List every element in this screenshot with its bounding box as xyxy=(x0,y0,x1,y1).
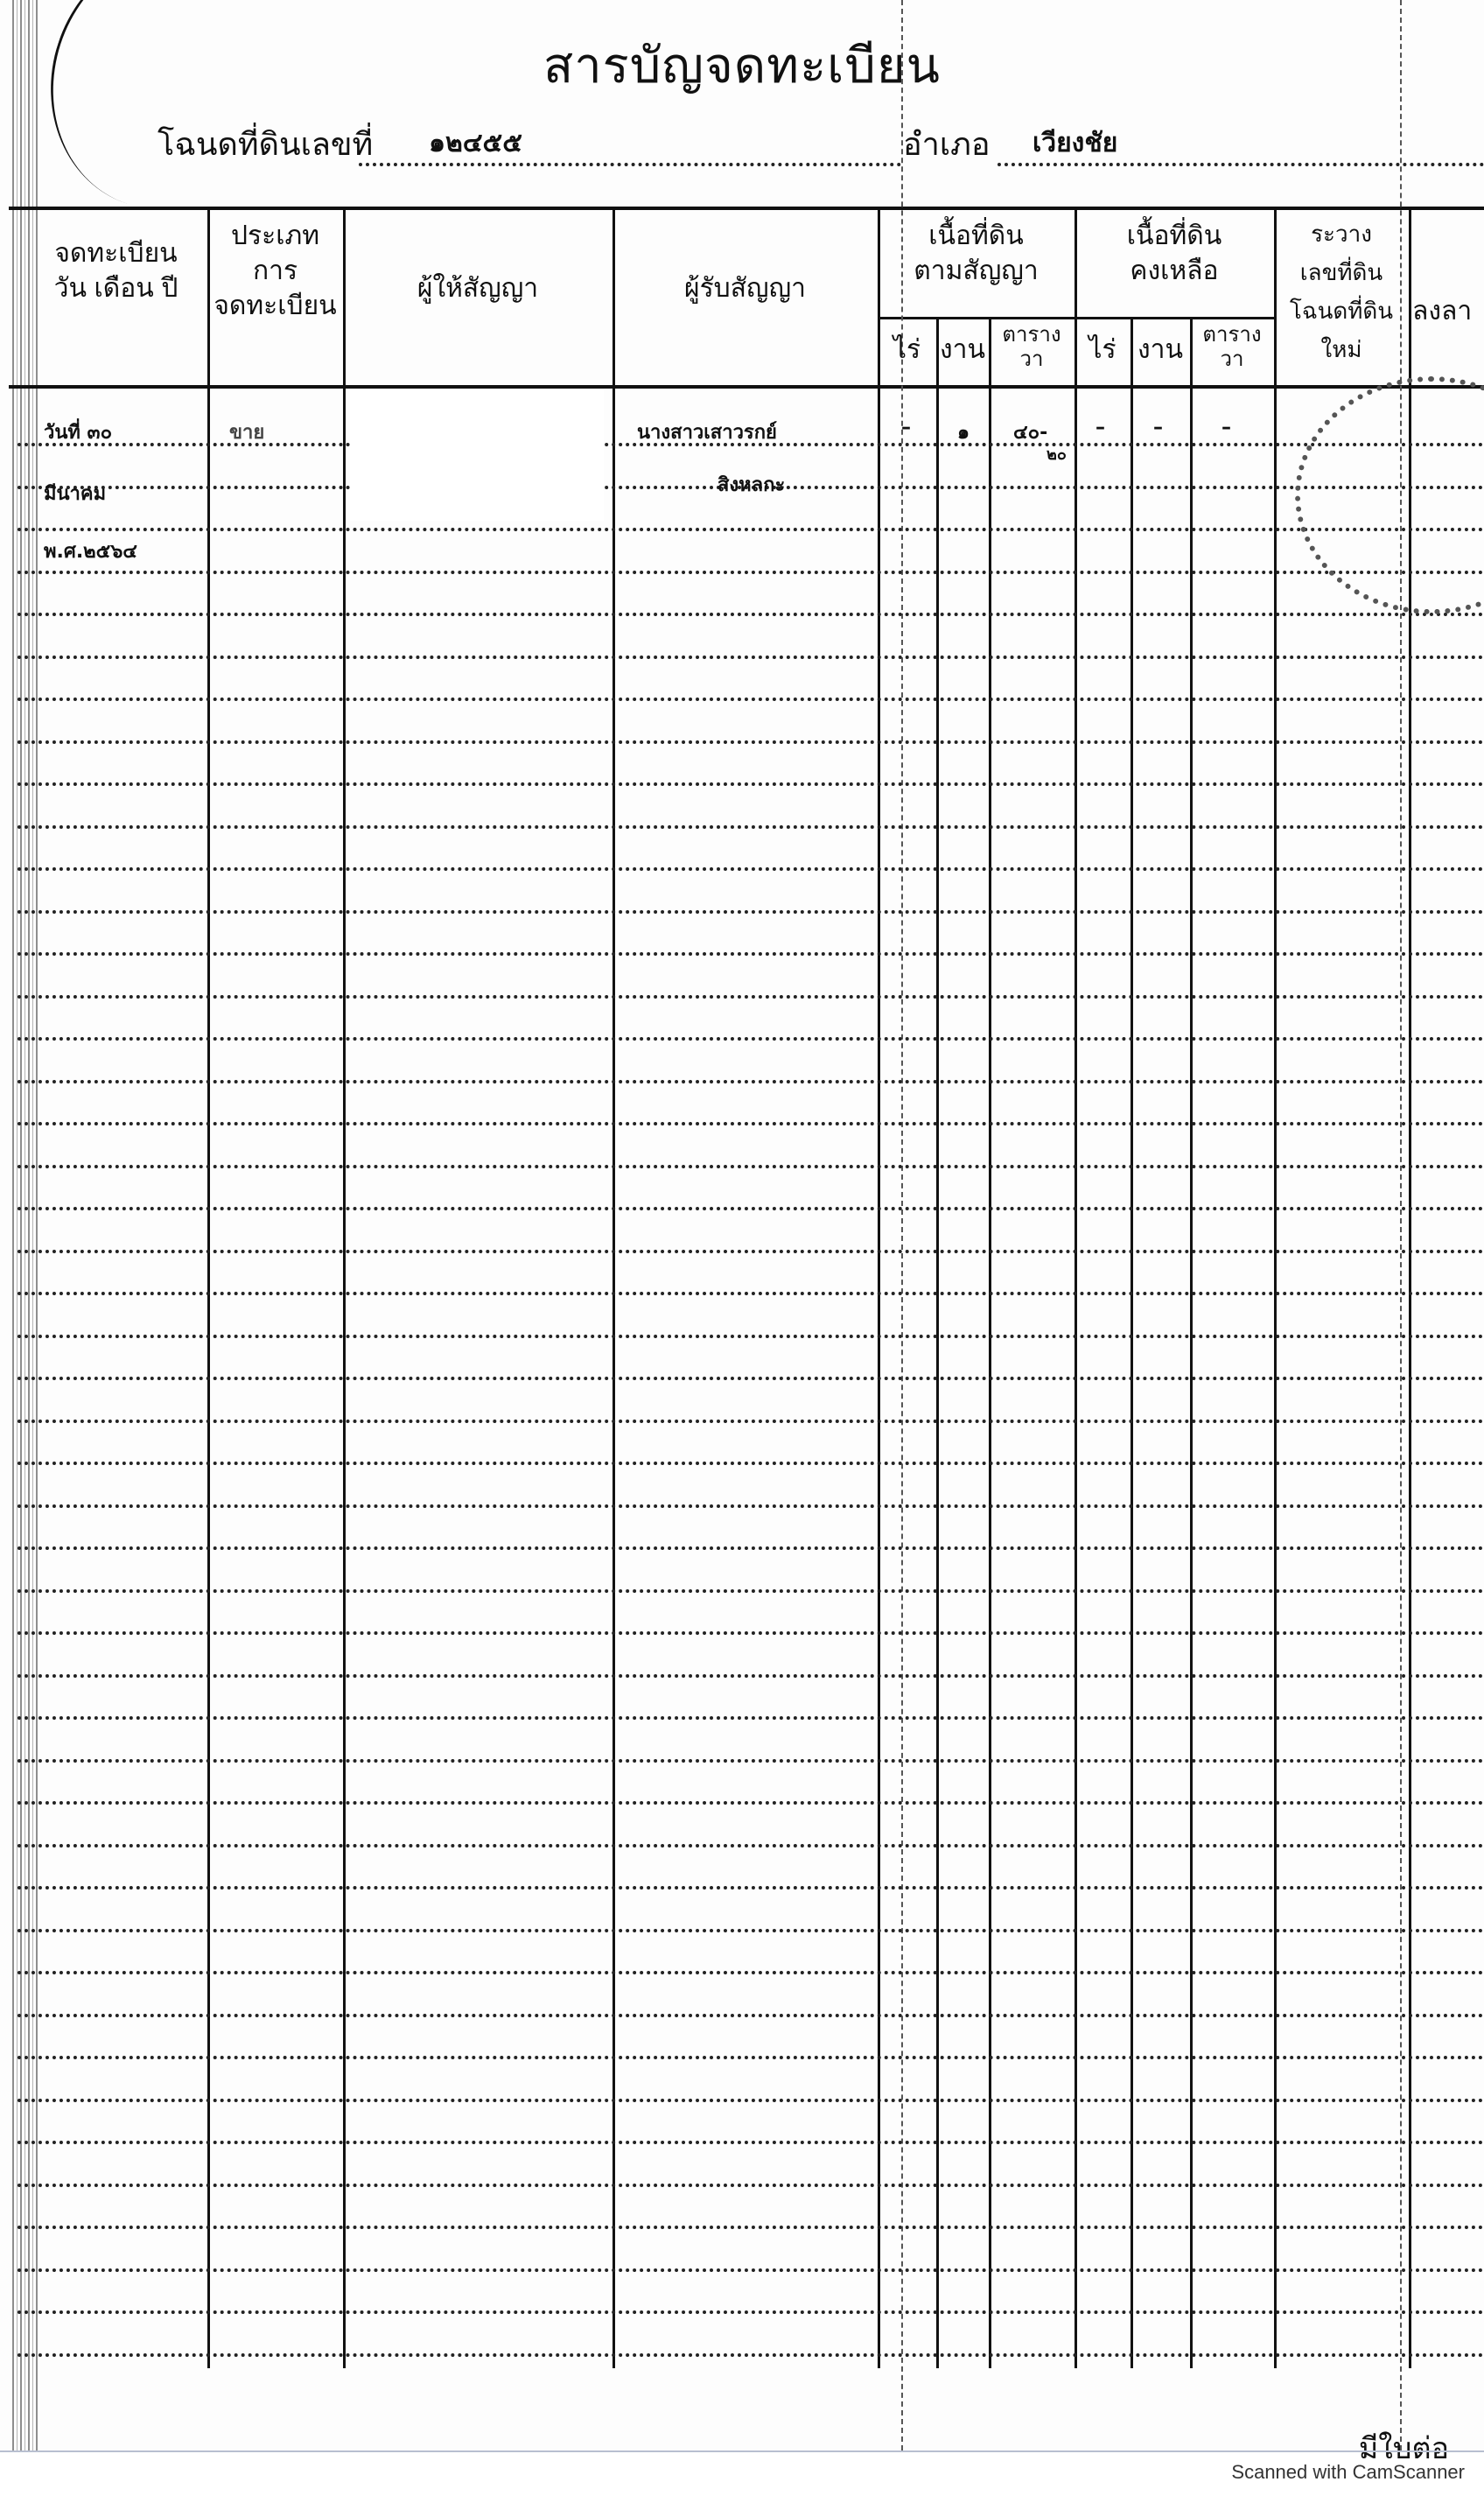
ruled-line xyxy=(17,613,1484,616)
ruled-line xyxy=(17,740,1484,744)
table-top-border xyxy=(9,207,1484,210)
ruled-line xyxy=(17,1335,1484,1338)
entry-date-day: วันที่ ๓๐ xyxy=(44,417,112,447)
ruled-line xyxy=(17,2141,1484,2144)
ruled-line xyxy=(17,1759,1484,1763)
document-title: สารบัญจดทะเบียน xyxy=(0,26,1484,104)
ruled-line xyxy=(17,1674,1484,1678)
entry-contract-ngan: ๑ xyxy=(957,417,969,447)
ruled-line xyxy=(17,1929,1484,1932)
ruled-line xyxy=(17,1250,1484,1253)
ruled-line xyxy=(17,528,1484,531)
ruled-line xyxy=(17,1971,1484,1974)
entry-remaining-ngan: – xyxy=(1153,417,1163,438)
ruled-line xyxy=(17,1462,1484,1465)
header-sq-wa: ตาราง วา xyxy=(1190,322,1274,371)
col-border xyxy=(1130,317,1133,2368)
header-bottom-border xyxy=(9,385,1484,389)
fold-line xyxy=(901,0,903,2450)
ruled-line xyxy=(17,1886,1484,1890)
header-sq-wa: ตาราง วา xyxy=(989,322,1074,371)
col-border xyxy=(989,317,991,2368)
page-edge xyxy=(0,2450,1484,2452)
header-grantee: ผู้รับสัญญา xyxy=(612,271,878,306)
deed-label: โฉนดที่ดินเลขที่ xyxy=(157,119,373,169)
ruled-line xyxy=(17,1801,1484,1805)
ruled-line xyxy=(17,1292,1484,1295)
official-stamp xyxy=(1295,376,1484,614)
ruled-line xyxy=(17,698,1484,701)
ruled-line xyxy=(17,2310,1484,2314)
entry-remaining-rai: – xyxy=(1095,417,1105,438)
ruled-line xyxy=(17,1420,1484,1423)
binding-edge xyxy=(12,0,40,2450)
ruled-line xyxy=(17,1504,1484,1508)
header-grantor: ผู้ให้สัญญา xyxy=(343,271,612,306)
header-ngan: งาน xyxy=(1130,333,1190,368)
ruled-line xyxy=(17,1716,1484,1720)
entry-date-month: มีนาคม xyxy=(44,478,106,508)
entry-type: ขาย xyxy=(229,417,264,447)
ruled-line xyxy=(17,1589,1484,1593)
ruled-line xyxy=(17,656,1484,659)
entry-grantee-line1: นางสาวเสาวรกย์ xyxy=(637,417,777,447)
header-rai: ไร่ xyxy=(878,333,936,368)
ruled-line xyxy=(17,2099,1484,2102)
ruled-line xyxy=(17,2184,1484,2187)
ruled-line xyxy=(17,2056,1484,2059)
entry-grantee-line2: สิงหลกะ xyxy=(717,469,785,500)
ruled-line xyxy=(17,910,1484,914)
ruled-line xyxy=(17,1207,1484,1210)
entry-contract-wa-annotation: ๒๐ xyxy=(1046,441,1067,466)
col-border xyxy=(1190,317,1193,2368)
header-signature: ลงลา xyxy=(1412,294,1484,329)
ruled-line xyxy=(17,1165,1484,1168)
header-date: จดทะเบียน วัน เดือน ปี xyxy=(26,236,206,306)
deed-number: ๑๒๔๕๕ xyxy=(429,123,522,164)
district-value: เวียงชัย xyxy=(1032,123,1117,164)
entry-contract-rai: – xyxy=(901,417,911,438)
ruled-line xyxy=(17,2014,1484,2017)
col-border xyxy=(936,317,939,2368)
ruled-line xyxy=(17,571,1484,574)
header-area-remaining: เนื้อที่ดิน คงเหลือ xyxy=(1074,219,1274,289)
ruled-line xyxy=(17,825,1484,829)
ruled-line xyxy=(17,1377,1484,1380)
ruled-line xyxy=(17,782,1484,786)
header-type: ประเภท การ จดทะเบียน xyxy=(207,219,343,324)
ruled-line xyxy=(17,952,1484,956)
entry-remaining-wa: – xyxy=(1221,417,1231,438)
header-rai: ไร่ xyxy=(1074,333,1130,368)
scanner-watermark: Scanned with CamScanner xyxy=(1231,2461,1465,2484)
ruled-line xyxy=(17,1037,1484,1041)
header-new-parcel: ระวาง เลขที่ดิน โฉนดที่ดิน ใหม่ xyxy=(1274,215,1409,369)
ruled-line xyxy=(17,1631,1484,1635)
header-area-contract: เนื้อที่ดิน ตามสัญญา xyxy=(878,219,1074,289)
ruled-line xyxy=(17,1080,1484,1083)
ruled-line xyxy=(17,2353,1484,2357)
redacted-grantor xyxy=(350,389,604,521)
scanned-page: สารบัญจดทะเบียน โฉนดที่ดินเลขที่ ๑๒๔๕๕ อ… xyxy=(0,0,1484,2450)
ruled-line xyxy=(17,995,1484,999)
header-ngan: งาน xyxy=(936,333,989,368)
ruled-line xyxy=(17,1122,1484,1125)
entry-date-year: พ.ศ.๒๕๖๔ xyxy=(44,536,137,566)
ruled-line xyxy=(17,2226,1484,2229)
district-label: อำเภอ xyxy=(903,119,990,169)
ruled-line xyxy=(17,2268,1484,2272)
ruled-line xyxy=(17,1844,1484,1847)
entry-contract-wa: ๔๐- xyxy=(1013,417,1047,447)
ruled-line xyxy=(17,1546,1484,1550)
ruled-line xyxy=(17,867,1484,871)
